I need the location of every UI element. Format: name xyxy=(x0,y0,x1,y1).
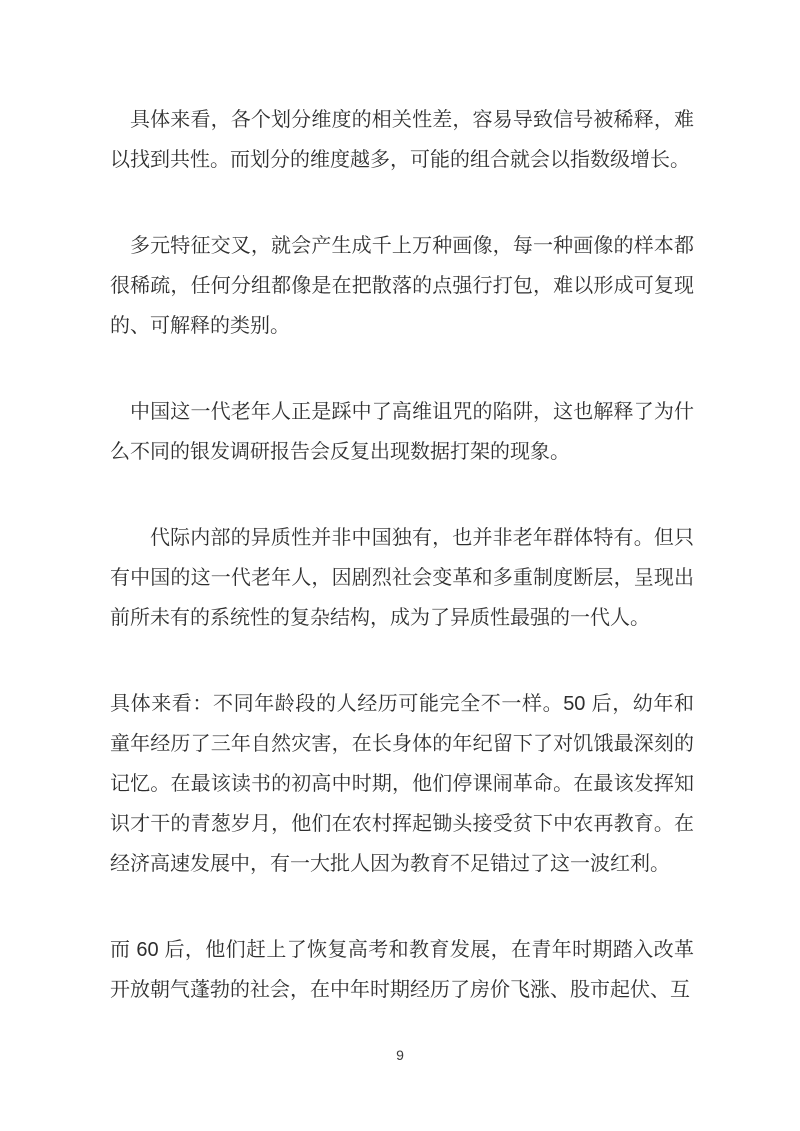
paragraph-1: 具体来看，各个划分维度的相关性差，容易导致信号被稀释，难以找到共性。而划分的维度… xyxy=(110,100,694,180)
paragraph-3: 中国这一代老年人正是踩中了高维诅咒的陷阱，这也解释了为什么不同的银发调研报告会反… xyxy=(110,392,694,472)
document-page: 具体来看，各个划分维度的相关性差，容易导致信号被稀释，难以找到共性。而划分的维度… xyxy=(0,0,800,1131)
paragraph-2: 多元特征交叉，就会产生成千上万种画像，每一种画像的样本都很稀疏，任何分组都像是在… xyxy=(110,226,694,346)
page-number: 9 xyxy=(0,1046,800,1064)
text-body: 具体来看，各个划分维度的相关性差，容易导致信号被稀释，难以找到共性。而划分的维度… xyxy=(110,100,694,1056)
paragraph-4: 代际内部的异质性并非中国独有，也并非老年群体特有。但只有中国的这一代老年人，因剧… xyxy=(110,518,694,638)
paragraph-6: 而 60 后，他们赶上了恢复高考和教育发展，在青年时期踏入改革开放朝气蓬勃的社会… xyxy=(110,930,694,1010)
paragraph-5: 具体来看：不同年龄段的人经历可能完全不一样。50 后，幼年和童年经历了三年自然灾… xyxy=(110,684,694,884)
